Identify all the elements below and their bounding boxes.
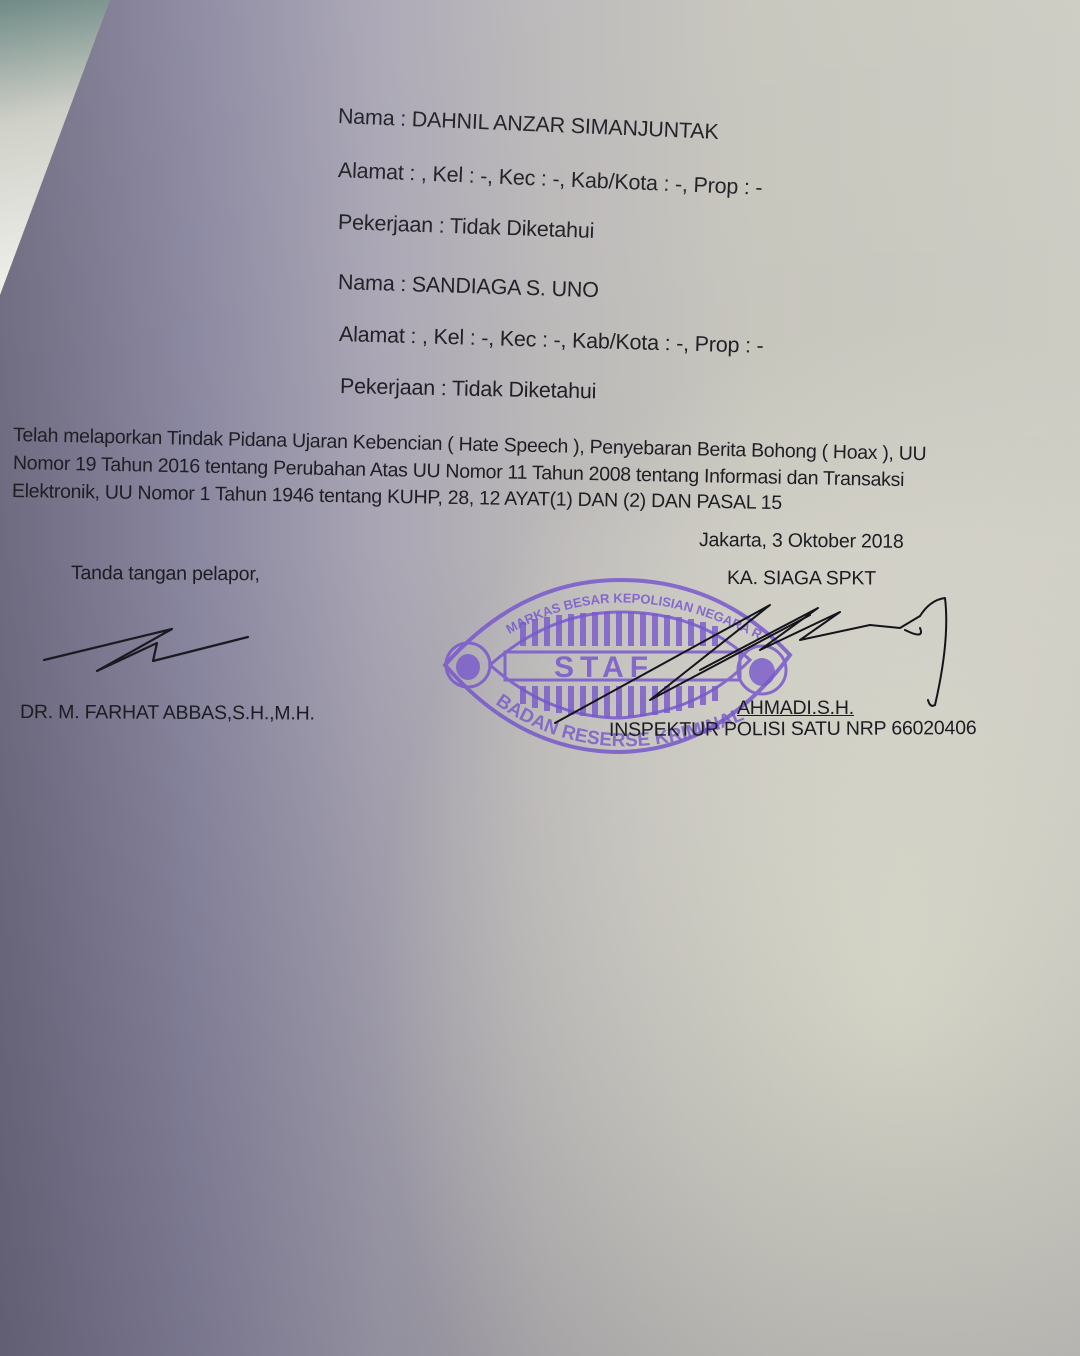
stamp-bars-bottom [520,686,718,717]
place-date: Jakarta, 3 Oktober 2018 [699,529,904,554]
report-line-2: Nomor 19 Tahun 2016 tentang Perubahan At… [13,452,905,492]
party-1-address: Alamat : , Kel : -, Kec : -, Kab/Kota : … [337,158,762,201]
party-2-name: Nama : SANDIAGA S. UNO [338,270,600,303]
report-line-3: Elektronik, UU Nomor 1 Tahun 1946 tentan… [12,480,782,515]
svg-text:BADAN RESERSE KRIMINAL: BADAN RESERSE KRIMINAL [492,690,747,751]
officer-rank-nrp: INSPEKTUR POLISI SATU NRP 66020406 [609,717,977,742]
report-line-1: Telah melaporkan Tindak Pidana Ujaran Ke… [13,424,927,466]
reporter-signature [44,629,248,671]
reporter-name: DR. M. FARHAT ABBAS,S.H.,M.H. [20,701,315,726]
party-1-name: Nama : DAHNIL ANZAR SIMANJUNTAK [337,104,719,145]
stamp-center-text: STAF [554,651,654,684]
police-stamp: MARKAS BESAR KEPOLISIAN NEGARA RI STAF B… [0,0,1080,1356]
reporter-caption: Tanda tangan pelapor, [71,562,260,586]
party-2-occupation: Pekerjaan : Tidak Diketahui [340,374,597,404]
svg-text:MARKAS BESAR KEPOLISIAN NEGARA: MARKAS BESAR KEPOLISIAN NEGARA RI [0,0,765,642]
party-2-address: Alamat : , Kel : -, Kec : -, Kab/Kota : … [339,322,764,359]
document-paper: Nama : DAHNIL ANZAR SIMANJUNTAK Alamat :… [0,0,1080,1356]
officer-title: KA. SIAGA SPKT [727,567,876,591]
signatures [0,0,1080,1356]
stamp-bars-top [520,612,718,646]
party-1-occupation: Pekerjaan : Tidak Diketahui [338,210,595,244]
stamp-bottom-text: BADAN RESERSE KRIMINAL [492,690,747,751]
officer-name: AHMADI.S.H. [737,697,914,720]
stamp-top-text: MARKAS BESAR KEPOLISIAN NEGARA RI [0,0,765,642]
officer-signature [555,598,946,723]
